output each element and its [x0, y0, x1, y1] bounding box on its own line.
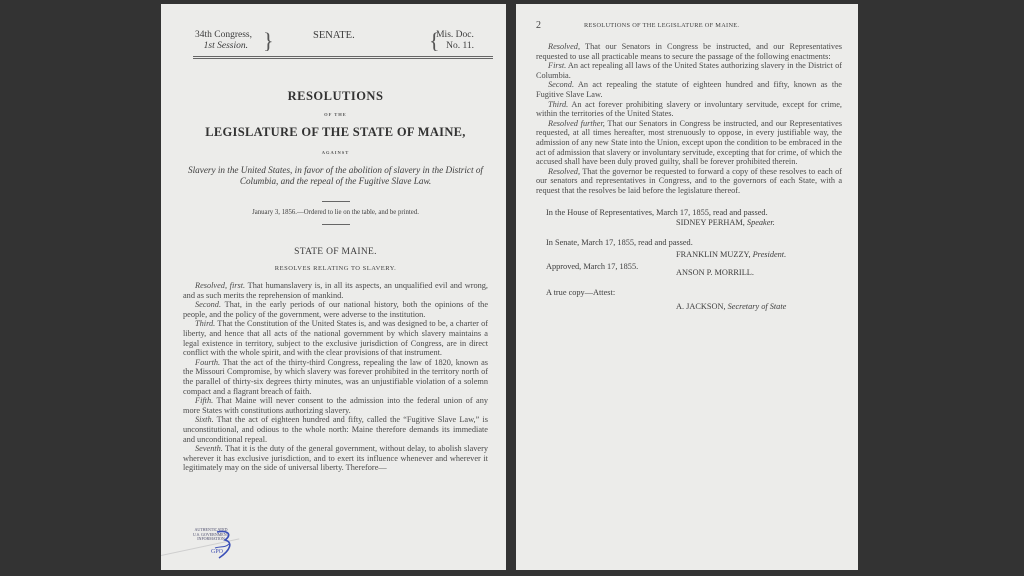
- paragraph-lead: Resolved, first.: [195, 281, 245, 290]
- approved-line: Approved, March 17, 1855.: [546, 262, 638, 272]
- congress-label: 34th Congress,: [195, 30, 252, 41]
- president-name: FRANKLIN MUZZY,: [676, 250, 751, 259]
- secretary-title: Secretary of State: [728, 302, 787, 311]
- paragraph: Third. That the Constitution of the Unit…: [183, 319, 488, 357]
- congress-session: 34th Congress, 1st Session.: [195, 30, 252, 52]
- title-resolutions: RESOLUTIONS: [183, 89, 488, 104]
- approval-block: Approved, March 17, 1855. ANSON P. MORRI…: [536, 262, 842, 274]
- state-heading: STATE OF MAINE.: [183, 247, 488, 257]
- speaker-signature: SIDNEY PERHAM, Speaker.: [536, 218, 842, 230]
- doc-type-label: Mis. Doc.: [436, 30, 474, 41]
- speaker-name: SIDNEY PERHAM,: [676, 218, 745, 227]
- paragraph-text: That the act of the thirty-third Congres…: [183, 358, 488, 396]
- paragraph: Resolved, That the governor be requested…: [536, 167, 842, 196]
- page-number: 2: [536, 20, 541, 31]
- paragraph-text: An act repealing the statute of eighteen…: [536, 80, 842, 99]
- paragraph: Fifth. That Maine will never consent to …: [183, 396, 488, 415]
- paragraph-lead: First.: [548, 61, 566, 70]
- paragraph-text: That, in the early periods of our nation…: [183, 300, 488, 319]
- paragraph: Sixth. That the act of eighteen hundred …: [183, 415, 488, 444]
- paragraph-lead: Resolved,: [548, 167, 580, 176]
- document-page-1: 34th Congress, 1st Session. } SENATE. { …: [161, 4, 506, 570]
- paragraph-lead: Fifth.: [195, 396, 213, 405]
- paragraph-lead: Third.: [195, 319, 215, 328]
- document-page-2: 2 RESOLUTIONS OF THE LEGISLATURE OF MAIN…: [516, 4, 858, 570]
- paragraph: Second. That, in the early periods of ou…: [183, 300, 488, 319]
- governor-name: ANSON P. MORRILL.: [676, 268, 754, 278]
- title-against: AGAINST: [183, 150, 488, 155]
- paragraph-lead: Third.: [548, 100, 568, 109]
- paragraph: Resolved, That our Senators in Congress …: [536, 42, 842, 61]
- running-head-title: RESOLUTIONS OF THE LEGISLATURE OF MAINE.: [584, 22, 739, 29]
- paragraph: Resolved, first. That humanslavery is, i…: [183, 281, 488, 300]
- paragraph: Seventh. That it is the duty of the gene…: [183, 444, 488, 473]
- paragraph-lead: Second.: [548, 80, 574, 89]
- gpo-authentication-stamp: AUTHENTICATED U.S. GOVERNMENT INFORMATIO…: [191, 528, 261, 562]
- paragraph: Fourth. That the act of the thirty-third…: [183, 358, 488, 396]
- paragraph: Resolved further, That our Senators in C…: [536, 119, 842, 167]
- paragraph-lead: Fourth.: [195, 358, 220, 367]
- attest-line: A true copy—Attest:: [536, 288, 842, 298]
- title-legislature: LEGISLATURE OF THE STATE OF MAINE,: [183, 125, 488, 140]
- paragraph: Second. An act repealing the statute of …: [536, 80, 842, 99]
- session-label: 1st Session.: [195, 41, 252, 52]
- resolves-body: Resolved, first. That humanslavery is, i…: [183, 281, 488, 473]
- document-subject: Slavery in the United States, in favor o…: [183, 165, 488, 187]
- running-header: 2 RESOLUTIONS OF THE LEGISLATURE OF MAIN…: [536, 22, 842, 34]
- document-header: 34th Congress, 1st Session. } SENATE. { …: [183, 30, 488, 56]
- header-rule: [193, 56, 493, 59]
- chamber-label: SENATE.: [313, 30, 355, 41]
- senate-passed-line: In Senate, March 17, 1855, read and pass…: [536, 238, 842, 248]
- brace-left: }: [263, 30, 274, 52]
- doc-number-label: No. 11.: [436, 41, 474, 52]
- secretary-name: A. JACKSON,: [676, 302, 726, 311]
- paragraph-text: That the governor be requested to forwar…: [536, 167, 842, 195]
- paragraph-lead: Sixth.: [195, 415, 214, 424]
- paragraph-text: That our Senators in Congress be instruc…: [536, 42, 842, 61]
- resolves-heading: RESOLVES RELATING TO SLAVERY.: [183, 265, 488, 272]
- eagle-icon: [213, 528, 239, 562]
- ordered-note: January 3, 1856.—Ordered to lie on the t…: [183, 209, 488, 216]
- paragraph-lead: Resolved further,: [548, 119, 605, 128]
- speaker-title: Speaker.: [747, 218, 775, 227]
- secretary-signature: A. JACKSON, Secretary of State: [536, 302, 842, 314]
- paragraph-text: That Maine will never consent to the adm…: [183, 396, 488, 415]
- president-title: President.: [753, 250, 787, 259]
- paragraph: Third. An act forever prohibiting slaver…: [536, 100, 842, 119]
- paragraph-lead: Seventh.: [195, 444, 223, 453]
- president-signature: FRANKLIN MUZZY, President.: [536, 250, 842, 262]
- paragraph-lead: Second.: [195, 300, 221, 309]
- paragraph-text: An act repealing all laws of the United …: [536, 61, 842, 80]
- paragraph-text: That the Constitution of the United Stat…: [183, 319, 488, 357]
- paragraph: First. An act repealing all laws of the …: [536, 61, 842, 80]
- resolves-body: Resolved, That our Senators in Congress …: [536, 42, 842, 196]
- divider: [322, 201, 350, 202]
- title-of-the: OF THE: [183, 112, 488, 117]
- doc-number: Mis. Doc. No. 11.: [436, 30, 474, 52]
- paragraph-lead: Resolved,: [548, 42, 580, 51]
- paragraph-text: An act forever prohibiting slavery or in…: [536, 100, 842, 119]
- paragraph-text: That it is the duty of the general gover…: [183, 444, 488, 472]
- paragraph-text: That the act of eighteen hundred and fif…: [183, 415, 488, 443]
- house-passed-line: In the House of Representatives, March 1…: [536, 208, 842, 218]
- divider: [322, 224, 350, 225]
